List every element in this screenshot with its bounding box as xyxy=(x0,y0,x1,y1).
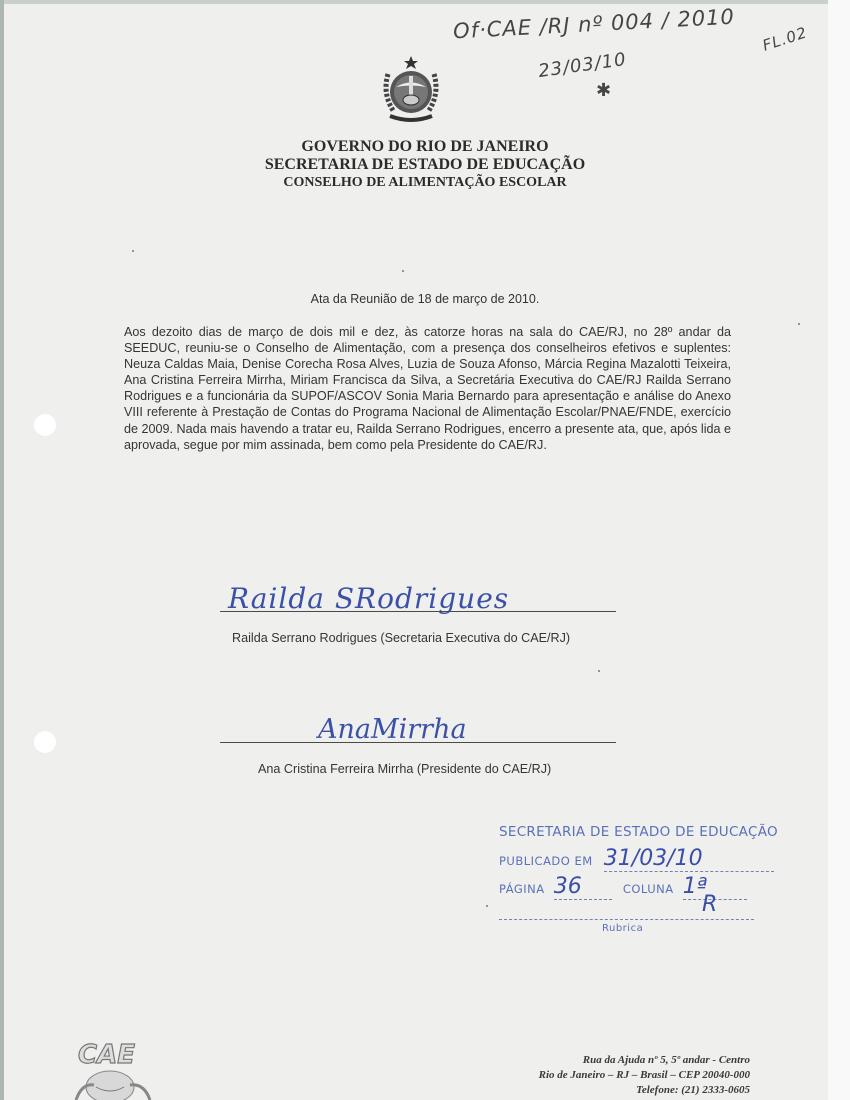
footer-address: Rua da Ajuda nº 5, 5º andar - Centro Rio… xyxy=(539,1053,750,1098)
stamp-rubric-line xyxy=(499,919,754,920)
punch-hole-bottom xyxy=(34,731,56,753)
signature-line-secretary xyxy=(220,611,616,612)
footer-phone: Telefone: (21) 2333-0605 xyxy=(539,1083,750,1098)
document-body: Aos dezoito dias de março de dois mil e … xyxy=(124,324,731,453)
punch-hole-top xyxy=(34,414,56,436)
stamp-published-label: PUBLICADO EM xyxy=(499,854,593,868)
stamp-page-label: PÁGINA xyxy=(499,882,545,896)
scan-speck xyxy=(402,270,404,272)
scan-speck xyxy=(486,905,488,907)
scan-border-left xyxy=(0,0,4,1100)
footer-street: Rua da Ajuda nº 5, 5º andar - Centro xyxy=(539,1053,750,1068)
cae-mascot-logo-icon: CAE xyxy=(58,1035,168,1100)
state-coat-of-arms-icon xyxy=(378,54,444,124)
signature-president: AnaMirrha xyxy=(318,714,467,745)
signature-label-secretary: Railda Serrano Rodrigues (Secretaria Exe… xyxy=(232,631,570,645)
signature-label-president: Ana Cristina Ferreira Mirrha (Presidente… xyxy=(258,762,551,776)
scan-speck xyxy=(132,250,134,252)
letterhead-council: CONSELHO DE ALIMENTAÇÃO ESCOLAR xyxy=(200,174,650,192)
stamp-published-date: 31/03/10 xyxy=(604,846,774,872)
scan-speck xyxy=(798,323,800,325)
stamp-header: SECRETARIA DE ESTADO DE EDUCAÇÃO xyxy=(499,824,778,840)
scan-speck xyxy=(598,670,600,672)
svg-text:CAE: CAE xyxy=(78,1040,135,1070)
stamp-rubric-mark: R xyxy=(702,892,717,917)
reference-initial-annotation: ✱ xyxy=(596,80,612,101)
footer-city: Rio de Janeiro – RJ – Brasil – CEP 20040… xyxy=(539,1068,750,1083)
signature-line-president xyxy=(220,742,616,743)
scan-margin-right xyxy=(828,0,850,1100)
letterhead-secretariat: SECRETARIA DE ESTADO DE EDUCAÇÃO xyxy=(200,156,650,174)
stamp-page-value: 36 xyxy=(554,874,612,900)
document-title: Ata da Reunião de 18 de março de 2010. xyxy=(0,292,850,306)
letterhead: GOVERNO DO RIO DE JANEIRO SECRETARIA DE … xyxy=(200,138,650,192)
stamp-column-label: COLUNA xyxy=(623,882,674,896)
letterhead-government: GOVERNO DO RIO DE JANEIRO xyxy=(200,138,650,156)
stamp-rubric-label: Rubrica xyxy=(602,923,643,934)
